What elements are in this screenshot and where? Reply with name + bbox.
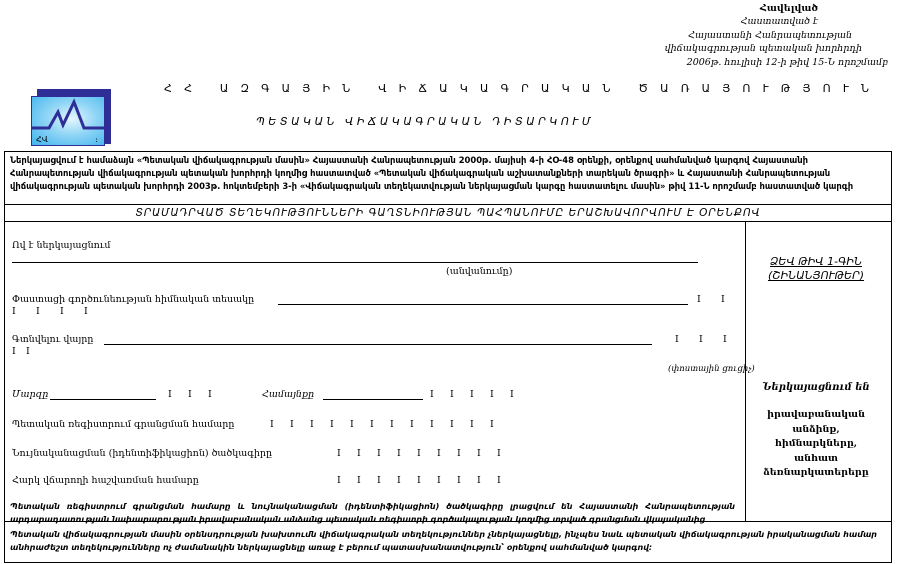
code-cell[interactable]: I xyxy=(417,475,437,487)
legal-basis-text: Ներկայացվում է համաձայն «Պետական վիճակագ… xyxy=(10,154,886,193)
submitter-item: իրավաբանական xyxy=(746,408,886,423)
code-cell[interactable]: I xyxy=(208,389,228,401)
code-cell[interactable]: I xyxy=(337,448,357,460)
submitter-item: անձինք, xyxy=(746,423,886,438)
approval-line: Հաստատված է xyxy=(588,15,888,28)
code-cell[interactable]: I xyxy=(477,448,497,460)
postal-code-cells[interactable]: II xyxy=(12,346,52,358)
code-cell[interactable]: I xyxy=(477,475,497,487)
code-cell[interactable]: I xyxy=(350,419,370,431)
liability-footnote: Պետական վիճակագրության մասին օրենսդրությ… xyxy=(10,528,886,554)
code-cell[interactable]: I xyxy=(457,448,477,460)
code-cell[interactable]: I xyxy=(470,389,490,401)
code-cell[interactable]: I xyxy=(26,346,40,358)
submitter-item: անհատ xyxy=(746,452,886,467)
code-cell[interactable]: I xyxy=(168,389,188,401)
region-code-cells[interactable]: III xyxy=(168,389,228,401)
code-cell[interactable]: I xyxy=(357,448,377,460)
code-cell[interactable]: I xyxy=(697,294,721,306)
form-number: ՁԵՎ ԹԻՎ 1-ԳԻՆ xyxy=(746,255,886,269)
logo-colon: : xyxy=(95,135,98,144)
code-cell[interactable]: I xyxy=(497,475,517,487)
name-input-line[interactable] xyxy=(12,262,698,263)
code-cell[interactable]: I xyxy=(310,419,330,431)
name-caption: (անվանումը) xyxy=(446,266,512,278)
code-cell[interactable]: I xyxy=(84,306,108,318)
code-cell[interactable]: I xyxy=(377,475,397,487)
chart-line-logo-icon: ՀՎ : xyxy=(31,89,111,144)
code-cell[interactable]: I xyxy=(12,306,36,318)
activity-type-label: Փաստացի գործունեության հիմնական տեսակը xyxy=(12,294,254,306)
code-cell[interactable]: I xyxy=(490,389,510,401)
registration-footnote: Պետական ռեգիստրում գրանցման համարը և նու… xyxy=(10,500,735,526)
code-cell[interactable]: I xyxy=(457,475,477,487)
form-topic: (ՇԻՆԱՆՅՈՒԹԵՐ) xyxy=(746,269,886,283)
agency-title: ՀՀ ԱԶԳԱՅԻՆ ՎԻՃԱԿԱԳՐԱԿԱՆ ԾԱՌԱՅՈՒԹՅՈՒՆ xyxy=(164,82,881,95)
approval-line: 2006թ. հուլիսի 12-ի թիվ 15-Ն որոշմամբ xyxy=(588,56,888,69)
code-cell[interactable]: I xyxy=(410,419,430,431)
code-cell[interactable]: I xyxy=(490,419,510,431)
logo-front-panel: ՀՎ : xyxy=(31,96,105,146)
code-cell[interactable]: I xyxy=(417,448,437,460)
location-input-line[interactable] xyxy=(104,344,652,345)
postal-code-cells[interactable]: III xyxy=(675,334,747,346)
state-register-cells[interactable]: IIIIIIIIIIII xyxy=(270,419,510,431)
form-number-title: ՁԵՎ ԹԻՎ 1-ԳԻՆ (ՇԻՆԱՆՅՈՒԹԵՐ) xyxy=(746,255,886,283)
code-cell[interactable]: I xyxy=(397,448,417,460)
location-label: Գտնվելու վայրը xyxy=(12,334,93,346)
identification-code-cells[interactable]: IIIIIIIII xyxy=(337,448,517,460)
code-cell[interactable]: I xyxy=(290,419,310,431)
code-cell[interactable]: I xyxy=(377,448,397,460)
approval-heading: Հավելված xyxy=(588,2,888,15)
state-register-label: Պետական ռեգիստրում գրանցման համարը xyxy=(12,419,234,431)
approval-line: վիճակագրության պետական խորհրդի xyxy=(588,42,888,55)
code-cell[interactable]: I xyxy=(330,419,350,431)
code-cell[interactable]: I xyxy=(450,389,470,401)
divider xyxy=(4,221,892,222)
code-cell[interactable]: I xyxy=(450,419,470,431)
postal-code-caption: (փոստային ցուցիչ) xyxy=(668,363,755,375)
submitted-by-label: Ներկայացնում են xyxy=(746,382,886,393)
tax-id-label: Հարկ վճարողի հաշվառման համարը xyxy=(12,475,199,487)
code-cell[interactable]: I xyxy=(430,419,450,431)
code-cell[interactable]: I xyxy=(470,419,490,431)
submitter-item: հիմնարկները, xyxy=(746,437,886,452)
code-cell[interactable]: I xyxy=(699,334,723,346)
code-cell[interactable]: I xyxy=(510,389,530,401)
code-cell[interactable]: I xyxy=(188,389,208,401)
activity-code-cells[interactable]: II xyxy=(697,294,745,306)
approval-block: Հավելված Հաստատված է Հայաստանի Հանրապետո… xyxy=(588,2,888,69)
region-label: Մարզը xyxy=(12,389,48,401)
code-cell[interactable]: I xyxy=(497,448,517,460)
code-cell[interactable]: I xyxy=(675,334,699,346)
code-cell[interactable]: I xyxy=(357,475,377,487)
code-cell[interactable]: I xyxy=(370,419,390,431)
code-cell[interactable]: I xyxy=(12,346,26,358)
divider xyxy=(4,204,892,205)
submitter-item: ձեռնարկատերերը xyxy=(746,466,886,481)
identification-code-label: Նույնականացման (իդենտիֆիկացիոն) ծածկագիր… xyxy=(12,448,272,460)
code-cell[interactable]: I xyxy=(270,419,290,431)
activity-type-input-line[interactable] xyxy=(278,304,688,305)
approval-line: Հայաստանի Հանրապետության xyxy=(588,29,888,42)
region-input-line[interactable] xyxy=(50,399,156,400)
code-cell[interactable]: I xyxy=(437,475,457,487)
community-label: Համայնքը xyxy=(262,389,314,401)
activity-code-cells[interactable]: IIII xyxy=(12,306,108,318)
code-cell[interactable]: I xyxy=(430,389,450,401)
code-cell[interactable]: I xyxy=(723,334,747,346)
code-cell[interactable]: I xyxy=(397,475,417,487)
code-cell[interactable]: I xyxy=(437,448,457,460)
survey-subtitle: ՊԵՏԱԿԱՆ ՎԻՃԱԿԱԳՐԱԿԱՆ ԴԻՏԱՐԿՈՒՄ xyxy=(256,115,594,128)
submitter-list: իրավաբանական անձինք, հիմնարկները, անհատ … xyxy=(746,408,886,481)
code-cell[interactable]: I xyxy=(337,475,357,487)
who-submits-label: Ով է ներկայացնում xyxy=(12,240,111,252)
confidentiality-banner: ՏՐԱՄԱԴՐՎԱԾ ՏԵՂԵԿՈՒԹՅՈՒՆՆԵՐԻ ԳԱՂՏՆԻՈՒԹՅԱՆ… xyxy=(4,206,892,220)
code-cell[interactable]: I xyxy=(721,294,745,306)
logo-abbr: ՀՎ xyxy=(36,135,48,144)
community-input-line[interactable] xyxy=(323,399,423,400)
tax-id-cells[interactable]: IIIIIIIII xyxy=(337,475,517,487)
code-cell[interactable]: I xyxy=(60,306,84,318)
code-cell[interactable]: I xyxy=(36,306,60,318)
code-cell[interactable]: I xyxy=(390,419,410,431)
community-code-cells[interactable]: IIIII xyxy=(430,389,530,401)
